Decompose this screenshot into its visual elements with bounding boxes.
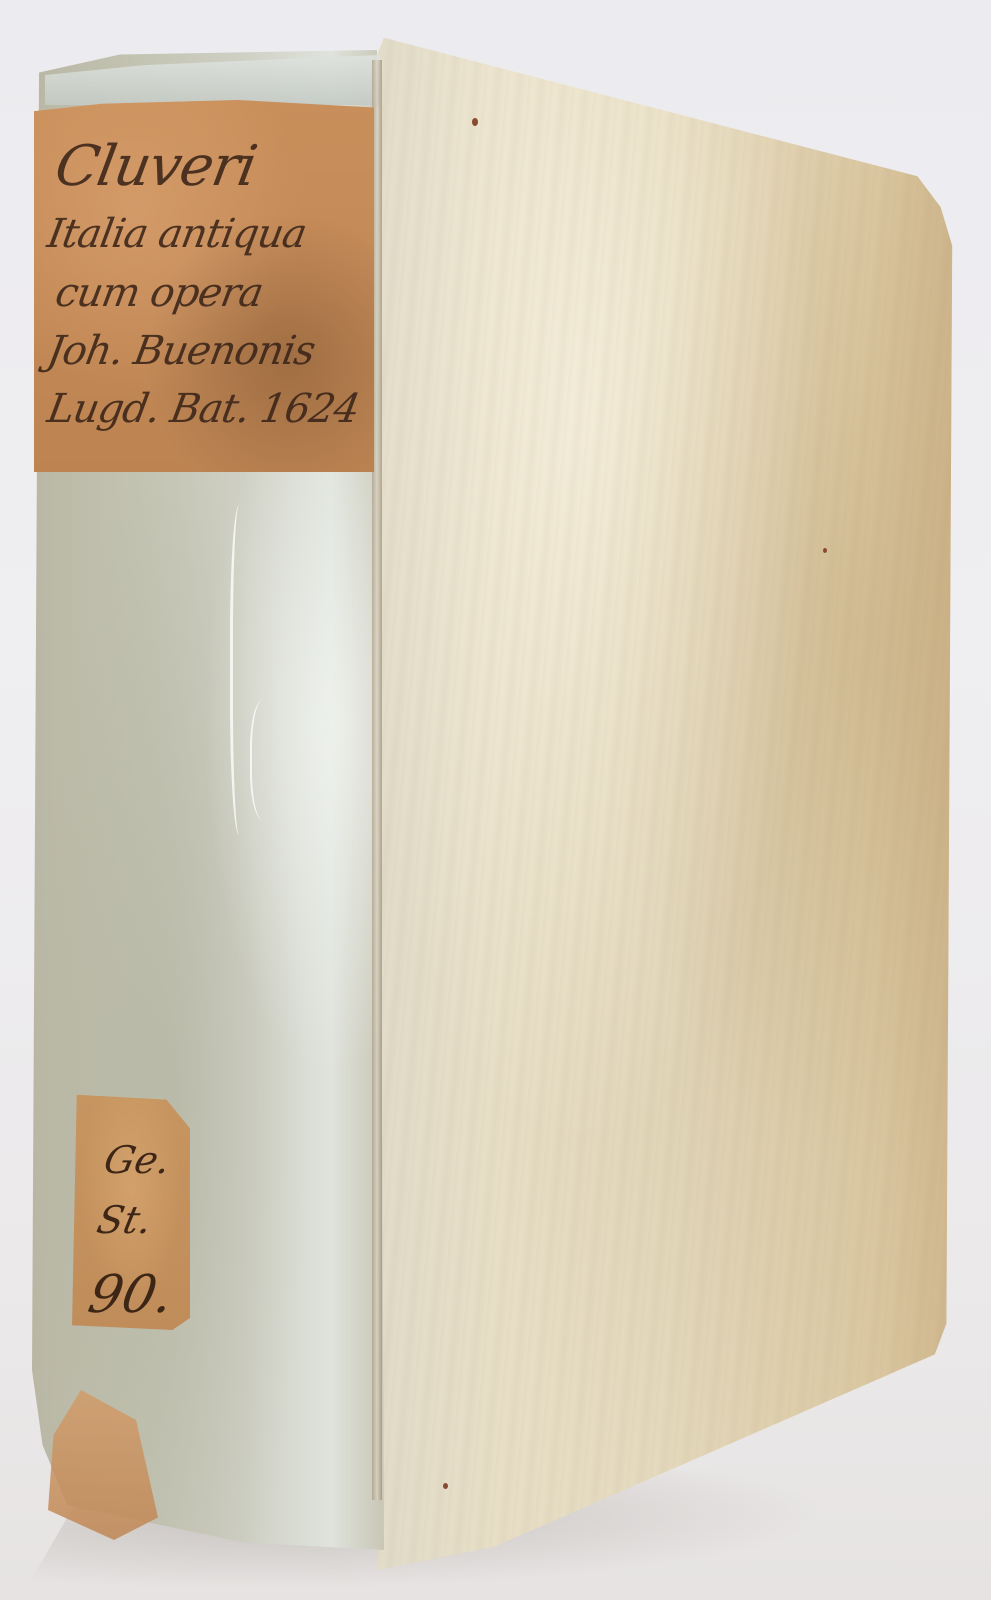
shelfmark-line-1: Ge. St.: [59, 1130, 203, 1250]
stain-spot: [823, 548, 827, 553]
title-label-line: Cluveri: [49, 130, 380, 204]
vellum-crack: [250, 700, 282, 820]
title-label-line: cum opera: [51, 264, 379, 322]
title-label-line: Italia antiqua: [43, 204, 380, 264]
stain-spot: [443, 1483, 448, 1489]
stain-spot: [472, 118, 478, 126]
title-label-line: Joh. Buenonis: [43, 322, 379, 380]
shelfmark-label: Ge. St. 90.: [72, 1090, 190, 1330]
spine-title-label: Cluveri Italia antiqua cum opera Joh. Bu…: [34, 100, 374, 472]
book-photo-scene: Cluveri Italia antiqua cum opera Joh. Bu…: [0, 0, 991, 1600]
title-label-line: Lugd. Bat. 1624: [43, 380, 379, 438]
book-front-cover: [378, 30, 958, 1570]
